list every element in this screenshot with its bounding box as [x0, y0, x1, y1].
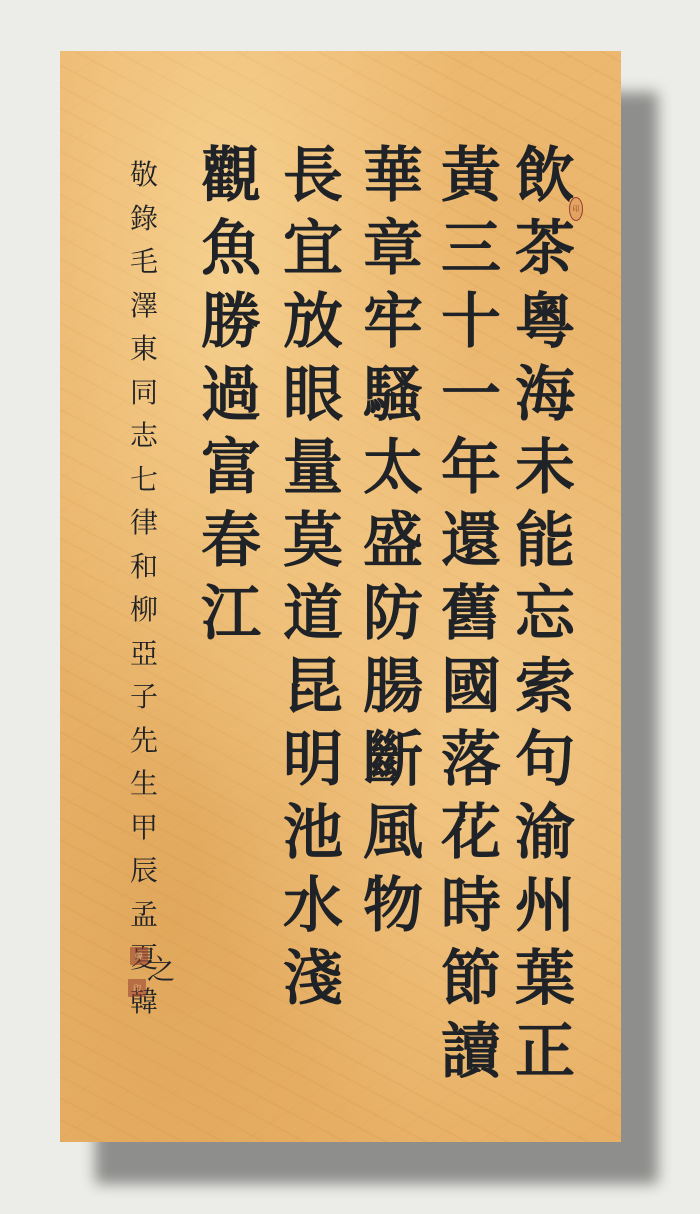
- calligraphy-character: 渝: [515, 803, 575, 876]
- calligraphy-character: 正: [515, 1022, 575, 1095]
- calligraphy-character: 年: [441, 438, 501, 511]
- poem-column-5: 觀魚勝過富春江: [196, 146, 266, 657]
- calligraphy-character: 一: [441, 365, 501, 438]
- calligraphy-character: 眼: [283, 365, 343, 438]
- art-seal: 印: [128, 979, 146, 997]
- calligraphy-character: 毛: [130, 248, 158, 292]
- calligraphy-character: 落: [441, 730, 501, 803]
- calligraphy-character: 觀: [201, 146, 261, 219]
- calligraphy-character: 州: [515, 876, 575, 949]
- calligraphy-character: 花: [441, 803, 501, 876]
- calligraphy-scroll: 印 飲茶粵海未能忘索句渝州葉正 黃三十一年還舊國落花時節讀 華章牢騷太盛防腸斷風…: [60, 51, 621, 1142]
- calligraphy-character: 池: [283, 803, 343, 876]
- calligraphy-character: 過: [201, 365, 261, 438]
- signature-char: 之: [147, 956, 175, 1000]
- calligraphy-character: 放: [283, 292, 343, 365]
- calligraphy-character: 敬: [130, 161, 158, 205]
- poem-column-3: 華章牢騷太盛防腸斷風物: [358, 146, 428, 949]
- calligraphy-character: 律: [130, 509, 158, 553]
- calligraphy-character: 亞: [130, 640, 158, 684]
- calligraphy-character: 錄: [130, 205, 158, 249]
- calligraphy-character: 章: [363, 219, 423, 292]
- calligraphy-character: 柳: [130, 596, 158, 640]
- calligraphy-character: 未: [515, 438, 575, 511]
- calligraphy-character: 舊: [441, 584, 501, 657]
- calligraphy-character: 水: [283, 876, 343, 949]
- calligraphy-character: 志: [130, 422, 158, 466]
- calligraphy-character: 道: [283, 584, 343, 657]
- calligraphy-character: 句: [515, 730, 575, 803]
- calligraphy-character: 富: [201, 438, 261, 511]
- calligraphy-character: 物: [363, 876, 423, 949]
- calligraphy-character: 太: [363, 438, 423, 511]
- calligraphy-character: 昆: [283, 657, 343, 730]
- poem-column-1: 飲茶粵海未能忘索句渝州葉正: [510, 146, 580, 1095]
- calligraphy-character: 能: [515, 511, 575, 584]
- calligraphy-character: 讀: [441, 1022, 501, 1095]
- calligraphy-character: 澤: [130, 292, 158, 336]
- calligraphy-character: 華: [363, 146, 423, 219]
- calligraphy-character: 淺: [283, 949, 343, 1022]
- calligraphy-character: 十: [441, 292, 501, 365]
- calligraphy-character: 還: [441, 511, 501, 584]
- calligraphy-character: 國: [441, 657, 501, 730]
- calligraphy-character: 節: [441, 949, 501, 1022]
- calligraphy-character: 海: [515, 365, 575, 438]
- calligraphy-character: 辰: [130, 857, 158, 901]
- inscription-column: 敬錄毛澤東同志七律和柳亞子先生甲辰孟夏韓: [122, 161, 166, 1031]
- calligraphy-character: 甲: [130, 814, 158, 858]
- calligraphy-character: 防: [363, 584, 423, 657]
- calligraphy-character: 勝: [201, 292, 261, 365]
- poem-column-2: 黃三十一年還舊國落花時節讀: [436, 146, 506, 1095]
- calligraphy-character: 莫: [283, 511, 343, 584]
- calligraphy-character: 子: [130, 683, 158, 727]
- calligraphy-character: 先: [130, 727, 158, 771]
- calligraphy-character: 粵: [515, 292, 575, 365]
- calligraphy-character: 忘: [515, 584, 575, 657]
- calligraphy-character: 生: [130, 770, 158, 814]
- calligraphy-character: 茶: [515, 219, 575, 292]
- calligraphy-character: 騷: [363, 365, 423, 438]
- calligraphy-character: 飲: [515, 146, 575, 219]
- calligraphy-character: 孟: [130, 901, 158, 945]
- poem-column-4: 長宜放眼量莫道昆明池水淺: [278, 146, 348, 1022]
- calligraphy-character: 長: [283, 146, 343, 219]
- calligraphy-character: 葉: [515, 949, 575, 1022]
- calligraphy-character: 腸: [363, 657, 423, 730]
- calligraphy-character: 宜: [283, 219, 343, 292]
- calligraphy-character: 魚: [201, 219, 261, 292]
- calligraphy-character: 和: [130, 553, 158, 597]
- calligraphy-character: 三: [441, 219, 501, 292]
- calligraphy-character: 量: [283, 438, 343, 511]
- calligraphy-character: 七: [130, 466, 158, 510]
- calligraphy-character: 風: [363, 803, 423, 876]
- calligraphy-character: 江: [201, 584, 261, 657]
- calligraphy-character: 同: [130, 379, 158, 423]
- calligraphy-character: 時: [441, 876, 501, 949]
- signature-tail: 之: [144, 956, 178, 1000]
- calligraphy-character: 索: [515, 657, 575, 730]
- calligraphy-character: 春: [201, 511, 261, 584]
- name-seal: 韓: [130, 947, 148, 965]
- calligraphy-character: 東: [130, 335, 158, 379]
- calligraphy-character: 牢: [363, 292, 423, 365]
- calligraphy-character: 黃: [441, 146, 501, 219]
- calligraphy-character: 明: [283, 730, 343, 803]
- calligraphy-character: 盛: [363, 511, 423, 584]
- calligraphy-character: 斷: [363, 730, 423, 803]
